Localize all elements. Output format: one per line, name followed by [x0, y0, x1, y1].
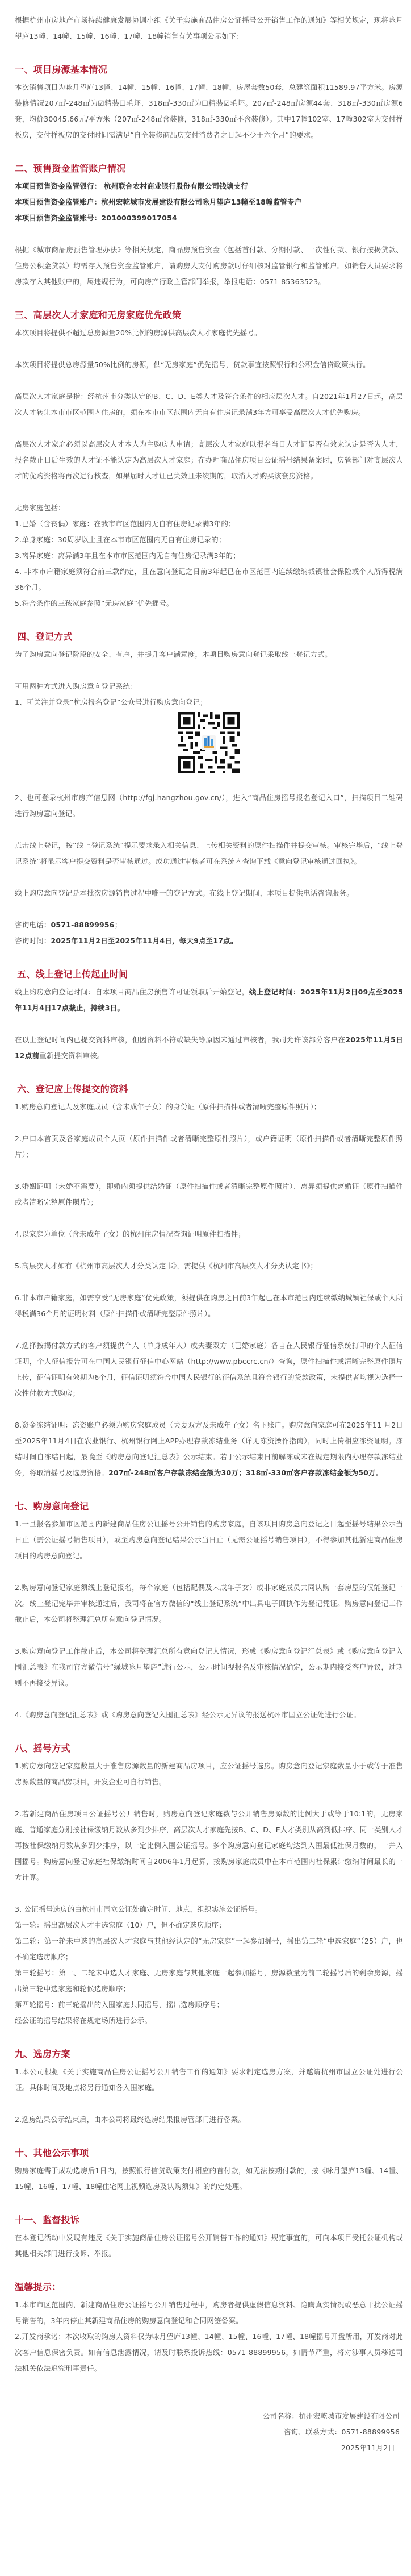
supervision-number-value: 201000399017054 [101, 214, 177, 222]
registration-time-prefix: 线上购房意向登记时间：自本项目商品住房预售许可证领取后开始登记， [15, 988, 249, 996]
talent-requirement-paragraph: 高层次人才家庭必须以高层次人才本人为主购房人申请；高层次人才家庭以报名当日人才证… [15, 436, 403, 484]
company-name: 公司名称：杭州宏乾城市发展建设有限公司 [15, 2408, 400, 2424]
section-1-paragraph: 本次销售项目为咏月望庐13幢、14幢、15幢、16幢、17幢、18幢，房屋套数5… [15, 80, 403, 143]
lottery-round: 第二轮：第一轮未中选的高层次人才家庭与其他经认定的“无房家庭”一起参加摇号，摇出… [15, 1933, 403, 1965]
resubmit-paragraph: 在以上登记时间内已提交资料审核，但因资料不符或缺失等原因未通过审核者，我司允许该… [15, 1032, 403, 1064]
qr-code-container [15, 711, 403, 774]
no-house-item: 4. 非本市户籍家庭须符合前三款约定，且在意向登记之日前3年起已在市区范围内连续… [15, 564, 403, 596]
supervision-bank-label: 本项目预售资金监管银行： [15, 182, 101, 190]
tip-item: 1.本市市区范围内，新建商品住房公证摇号公开销售过程中，购房者提供虚假信息资料、… [15, 2297, 403, 2329]
no-house-list-title: 无房家庭包括： [15, 500, 403, 516]
section-9-title: 九、选房方案 [15, 2045, 403, 2064]
qr-code-icon[interactable] [178, 711, 240, 774]
method-2-website: 2、也可登录杭州市房产信息网（http://fgj.hangzhou.gov.c… [15, 790, 403, 822]
complaint-paragraph: 在本登记活动中发现有违反《关于实施商品住房公证摇号公开销售工作的通知》规定事宜的… [15, 2230, 403, 2262]
selection-plan-1: 1.本公司根据《关于实施商品住房公证摇号公开销售工作的通知》要求制定选房方案，并… [15, 2064, 403, 2096]
section-6-title: 六、登记应上传提交的资料 [15, 1080, 403, 1099]
method-1-wechat: 1、可关注并登录“杭房报名登记”公众号进行购房意向登记； [15, 694, 403, 710]
no-house-quota-paragraph: 本次项目将提供总房源量50%比例的房源，供“无房家庭”优先摇号，贷款事宜按照银行… [15, 357, 403, 373]
supervision-number-label: 本项目预售资金监管账号： [15, 214, 101, 222]
consult-time-label: 咨询时间： [15, 937, 51, 945]
consult-time-line: 咨询时间：2025年11月2日至2025年11月4日，每天9点至17点。 [15, 933, 403, 949]
supervision-account-line: 本项目预售资金监管账户：杭州宏乾城市发展建设有限公司咏月望庐13幢至18幢监管专… [15, 194, 403, 210]
consult-phone-label: 咨询电话： [15, 921, 51, 929]
section-5-title: 五、线上登记上传起止时间 [15, 965, 403, 984]
no-house-item: 2.单身家庭：30周岁以上且在本市市区范围内无自有住房记录的； [15, 532, 403, 548]
lottery-round: 第三轮摇号：第一、二轮未中选人才家庭、无房家庭与其他家庭一起参加摇号，房源数量为… [15, 1965, 403, 1997]
registration-time-paragraph: 线上购房意向登记时间：自本项目商品住房预售许可证领取后开始登记，线上登记时间：2… [15, 984, 403, 1016]
lottery-round: 第一轮：摇出高层次人才中选家庭（10）户，但不确定选房顺序； [15, 1917, 403, 1933]
section-4-title: 四、登记方式 [15, 627, 403, 647]
lottery-round: 第四轮摇号：前三轮摇出的入围家庭共同摇号，摇出选房顺序号； [15, 1997, 403, 2013]
document-item: 7.选择按揭付款方式的客户须提供个人（单身成年人）或夫妻双方（已婚家庭）各自在人… [15, 1338, 403, 1401]
registration-method-paragraph: 为了购房意向登记阶段的安全、有序，并提升客户满意度，本项目购房意向登记采取线上登… [15, 647, 403, 663]
section-2-title: 二、预售资金监管账户情况 [15, 159, 403, 178]
lottery-rule-2: 2.若新建商品住房项目公证摇号公开销售时，购房意向登记家庭数与公开销售房源数的比… [15, 1806, 403, 1886]
no-house-item: 3.离异家庭：离异满3年且在本市市区范围内无自有住房记录满3年的； [15, 548, 403, 564]
consult-phone-line: 咨询电话：0571-88899956； [15, 917, 403, 933]
consult-time-value: 2025年11月2日至2025年11月4日，每天9点至17点。 [51, 937, 238, 945]
announcement-document: 根据杭州市房地产市场持续健康发展协调小组《关于实施商品住房公证摇号公开销售工作的… [0, 0, 411, 2490]
document-item: 2.户口本首页及各家庭成员个人页（原件扫描件或者清晰完整原件照片），或户籍证明（… [15, 1131, 403, 1163]
section-7-title: 七、购房意向登记 [15, 1497, 403, 1516]
document-item: 6.非本市户籍家庭，如需享受“无房家庭”优先政策，须提供在购房之日前3年起已在本… [15, 1290, 403, 1322]
section-11-title: 十一、监督投诉 [15, 2211, 403, 2230]
no-house-item: 5.符合条件的三孩家庭参照“无房家庭”优先摇号。 [15, 596, 403, 611]
selection-plan-2: 2.选房结果公示结束后，由本公司将最终选房结果报房管部门进行备案。 [15, 2112, 403, 2128]
supervision-number-line: 本项目预售资金监管账号：201000399017054 [15, 210, 403, 226]
talent-definition-paragraph: 高层次人才家庭是指：经杭州市分类认定的B、C、D、E类人才及符合条件的相应层次人… [15, 389, 403, 421]
online-registration-paragraph: 点击线上登记，按“线上登记系统”提示要求录入相关信息、上传相关资料的原件扫描件并… [15, 838, 403, 869]
intro-paragraph: 根据杭州市房地产市场持续健康发展协调小组《关于实施商品住房公证摇号公开销售工作的… [15, 13, 403, 44]
lottery-result-notice: 经公证的摇号结果将在规定场所进行公示。 [15, 2013, 403, 2029]
section-8-title: 八、摇号方式 [15, 1739, 403, 1758]
section-2-paragraph: 根据《城市商品房预售管理办法》等相关规定，商品房预售资金（包括首付款、分期付款、… [15, 242, 403, 290]
consult-phone-value[interactable]: 0571-88899956 [51, 921, 115, 929]
document-item: 5.高层次人才如有《杭州市高层次人才分类认定书》，需提供《杭州市高层次人才分类认… [15, 1258, 403, 1274]
other-matters-paragraph: 购房家庭需于成功选房后1日内，按照银行信贷政策支付相应的首付款，如无法按期付款的… [15, 2163, 403, 2195]
resubmit-prefix: 在以上登记时间内已提交资料审核，但因资料不符或缺失等原因未通过审核者，我司允许该… [15, 1035, 345, 1044]
intention-item: 3.购房意向登记工作截止后，本公司将整理汇总所有意向登记人情况，形成《购房意向登… [15, 1643, 403, 1691]
signature-block: 公司名称：杭州宏乾城市发展建设有限公司 咨询、联系方式：0571-8889995… [15, 2408, 403, 2456]
lottery-rule-3: 3. 公证摇号选房的由杭州市国立公证处确定时间、地点，组织实施公证摇号。 [15, 1901, 403, 1917]
document-item-funds-freeze: 8.资金冻结证明：冻资账户必须为购房家庭成员（夫妻双方及未成年子女）名下账户。购… [15, 1417, 403, 1481]
tip-item: 2.开发商承诺：本次收取的购房人资料仅为咏月望庐13幢、14幢、15幢、16幢、… [15, 2329, 403, 2377]
methods-title: 可用两种方式进入购房意向登记系统： [15, 679, 403, 694]
document-item: 1.购房意向登记人及家庭成员（含未成年子女）的身份证（原件扫描件或者清晰完整原件… [15, 1099, 403, 1115]
tips-title: 温馨提示： [15, 2278, 403, 2297]
resubmit-suffix: 重新提交资料审核。 [39, 1051, 104, 1060]
no-house-item: 1.已婚（含丧偶）家庭：在我市市区范围内无自有住房记录满3年的； [15, 516, 403, 532]
contact-phone: 咨询、联系方式：0571-88899956 [15, 2424, 400, 2440]
phone-service-paragraph: 线上购房意向登记是本批次房源销售过程中唯一的登记方式。在线上登记期间，本项目提供… [15, 885, 403, 901]
intention-item: 2.购房意向登记家庭须线上登记报名，每个家庭（包括配偶及未成年子女）或非家庭成员… [15, 1580, 403, 1628]
document-item: 3.婚姻证明（未婚不需要），即婚内须提供结婚证（原件扫描件或者清晰完整原件照片）… [15, 1179, 403, 1210]
supervision-bank-value: 杭州联合农村商业银行股份有限公司钱塘支行 [101, 182, 248, 190]
supervision-account-value: 杭州宏乾城市发展建设有限公司咏月望庐13幢至18幢监管专户 [101, 198, 301, 206]
section-10-title: 十、其他公示事项 [15, 2144, 403, 2163]
section-3-title: 三、高层次人才家庭和无房家庭优先政策 [15, 306, 403, 325]
talent-quota-paragraph: 本次项目将提供不超过总房源量20%比例的房源供高层次人才家庭优先摇号。 [15, 325, 403, 341]
intention-item: 1.一旦报名参加市区范围内新建商品住房公证摇号公开销售的购房家庭，自该项目购房意… [15, 1516, 403, 1564]
signature-date: 2025年11月2日 [15, 2440, 400, 2456]
funds-freeze-amount: 207㎡-248㎡客户存款冻结金额为30万；318㎡-330㎡客户存款冻结金额为… [108, 1468, 383, 1477]
supervision-account-label: 本项目预售资金监管账户： [15, 198, 101, 206]
intention-item: 4.《购房意向登记汇总表》或《购房意向登记入围汇总表》经公示无异议的报送杭州市国… [15, 1707, 403, 1723]
document-item: 4.以家庭为单位（含未成年子女）的杭州住房情况查询证明原件扫描件； [15, 1226, 403, 1242]
section-1-title: 一、项目房源基本情况 [15, 60, 403, 80]
consult-phone-suffix: ； [115, 921, 122, 929]
supervision-bank-line: 本项目预售资金监管银行： 杭州联合农村商业银行股份有限公司钱塘支行 [15, 178, 403, 194]
lottery-rule-1: 1.购房意向登记家庭数量大于准售房源数量的新建商品房项目，应公证摇号选房。购房意… [15, 1758, 403, 1790]
